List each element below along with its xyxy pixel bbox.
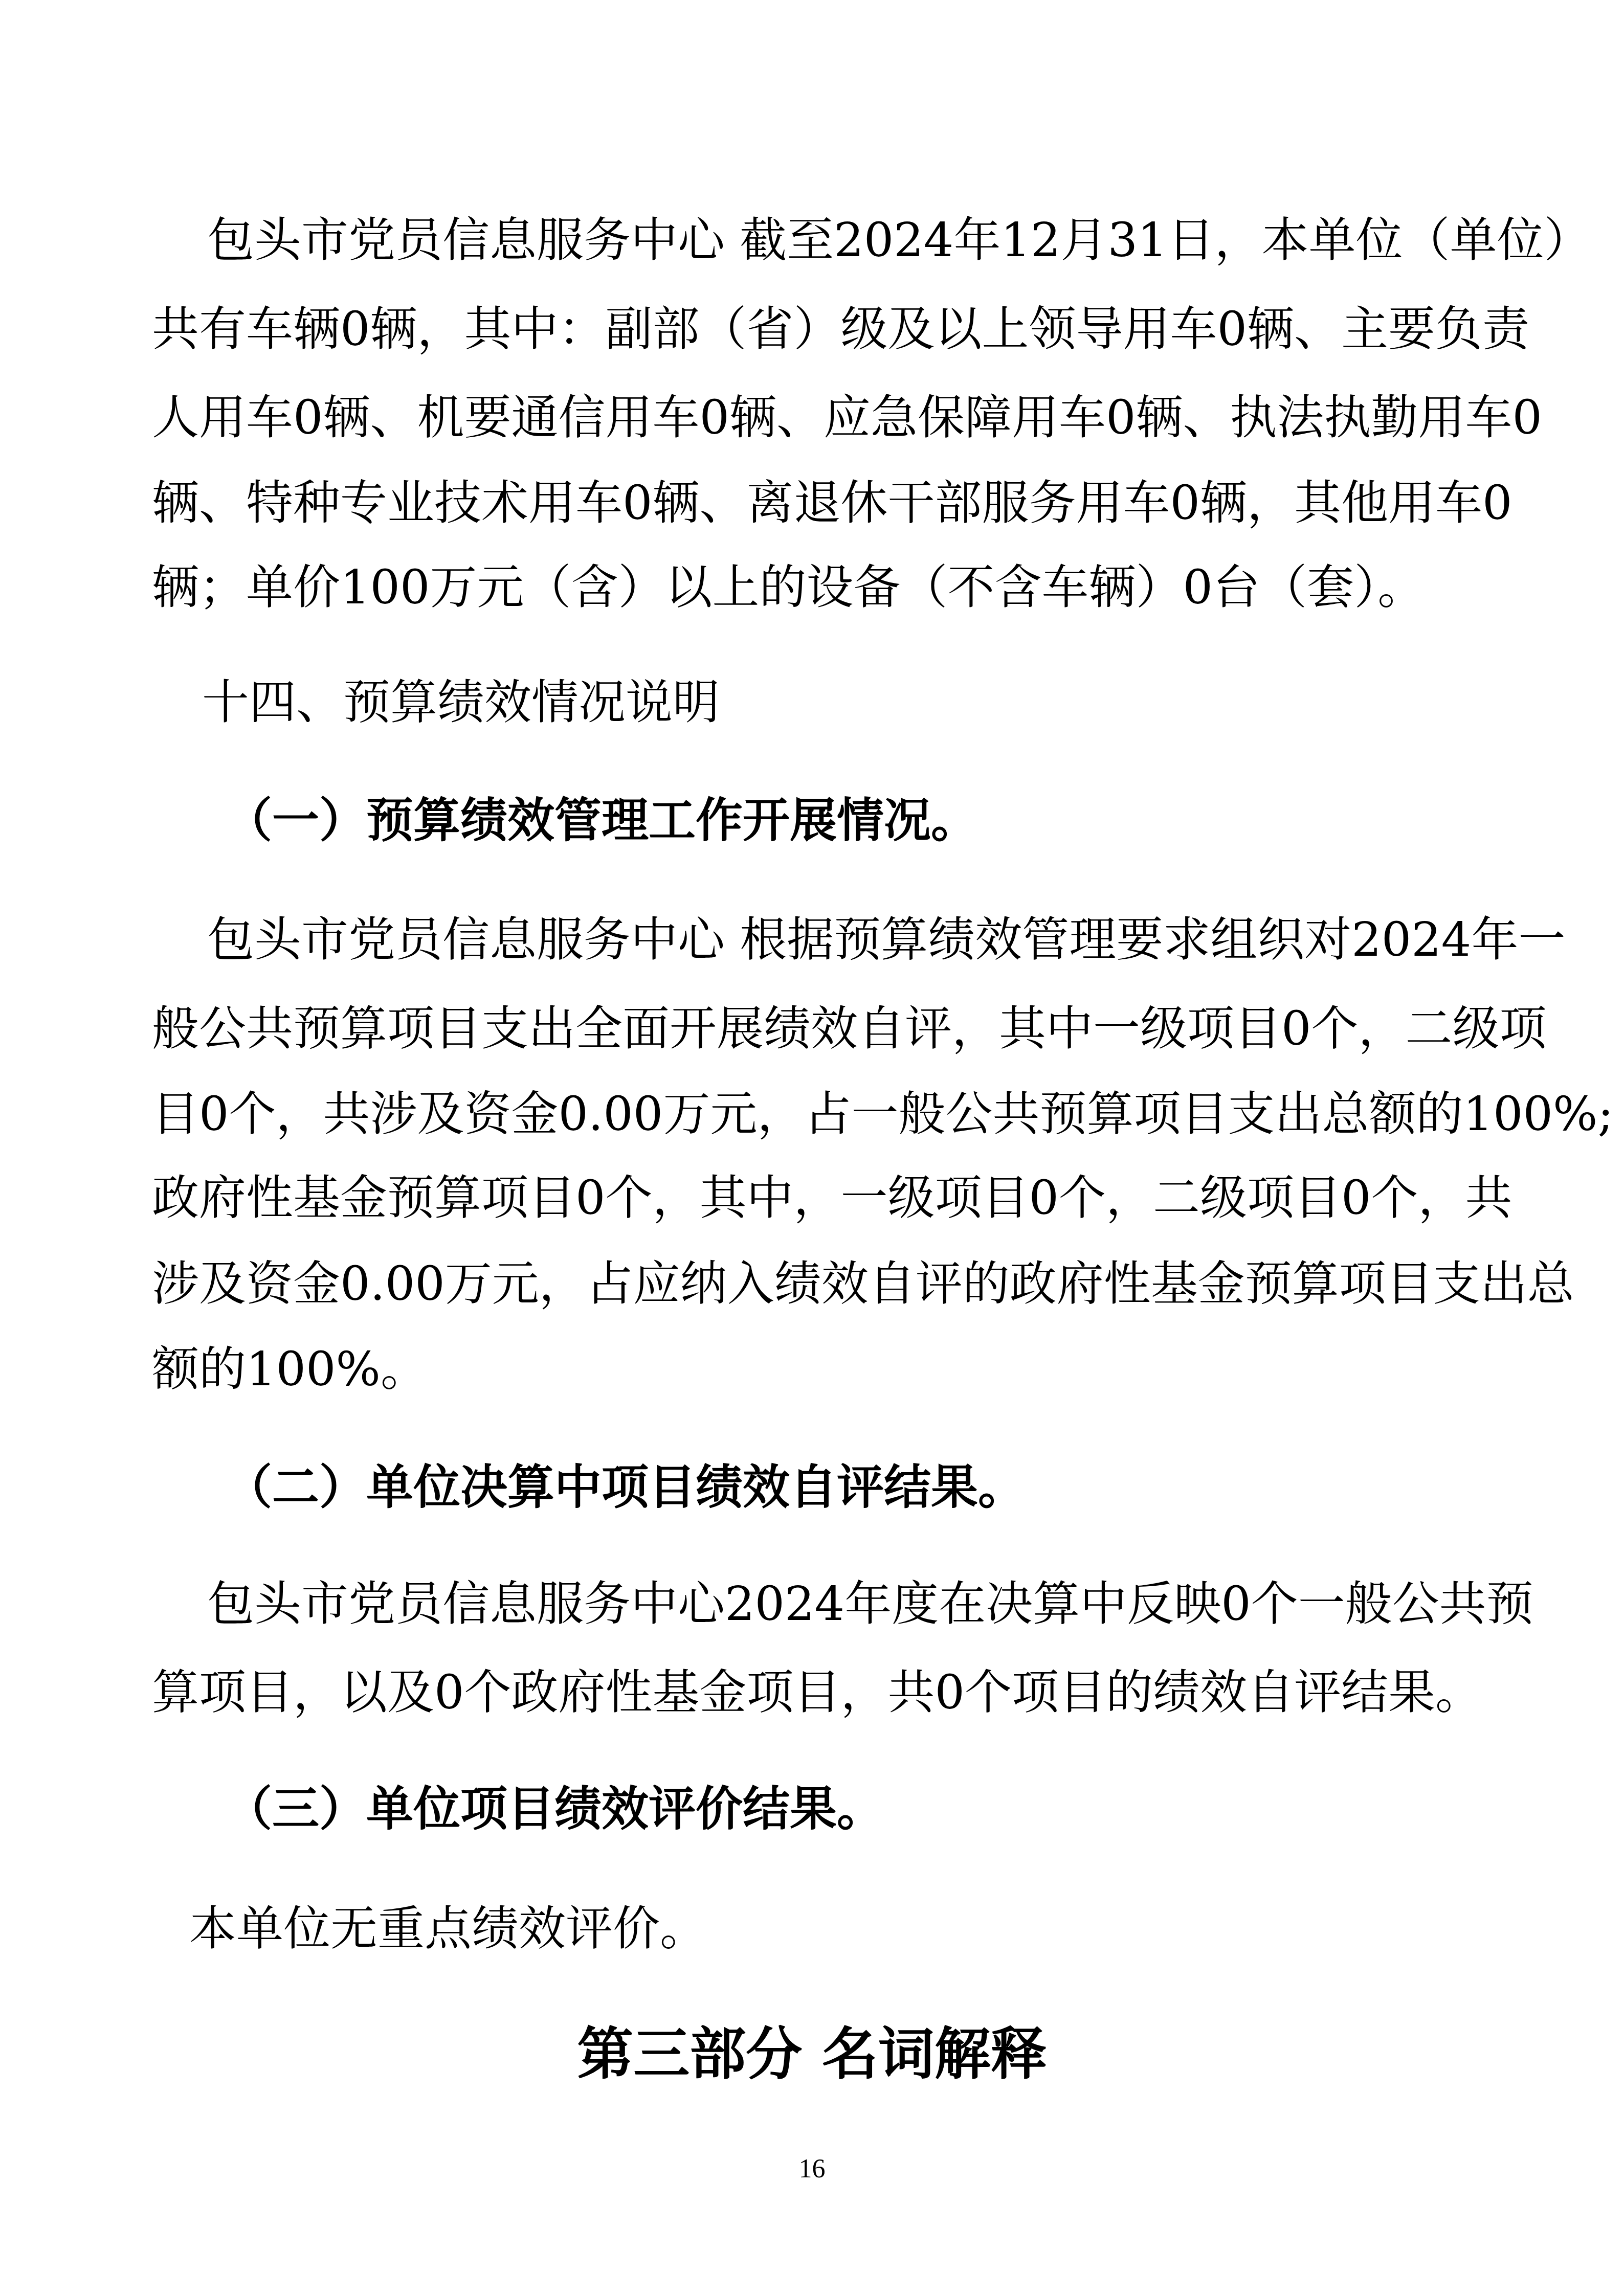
paragraph-line: 目0个，共涉及资金0.00万元，占一般公共预算项目支出总额的100%; xyxy=(152,1086,1489,1142)
page-number: 16 xyxy=(0,2154,1624,2185)
part-title: 第三部分 名词解释 xyxy=(0,2021,1624,2087)
subsection-heading: （一）预算绩效管理工作开展情况。 xyxy=(225,793,978,849)
paragraph-line: 算项目，以及0个政府性基金项目，共0个项目的绩效自评结果。 xyxy=(152,1664,1489,1721)
paragraph-line: 包头市党员信息服务中心 截至2024年12月31日，本单位（单位） xyxy=(207,212,1489,268)
paragraph-line: 包头市党员信息服务中心2024年度在决算中反映0个一般公共预 xyxy=(207,1576,1489,1632)
paragraph-line: 共有车辆0辆，其中：副部（省）级及以上领导用车0辆、主要负责 xyxy=(152,301,1489,357)
paragraph-line: 包头市党员信息服务中心 根据预算绩效管理要求组织对2024年一 xyxy=(207,912,1489,968)
paragraph-line: 政府性基金预算项目0个，其中，一级项目0个，二级项目0个，共 xyxy=(152,1170,1489,1226)
paragraph-line: 人用车0辆、机要通信用车0辆、应急保障用车0辆、执法执勤用车0 xyxy=(152,390,1489,446)
document-page: 包头市党员信息服务中心 截至2024年12月31日，本单位（单位） 共有车辆0辆… xyxy=(0,0,1624,2296)
paragraph-line: 辆；单价100万元（含）以上的设备（不含车辆）0台（套）。 xyxy=(152,559,1489,616)
section-heading: 十四、预算绩效情况说明 xyxy=(202,674,720,731)
subsection-heading: （二）单位决算中项目绩效自评结果。 xyxy=(225,1459,1025,1516)
paragraph-line: 涉及资金0.00万元，占应纳入绩效自评的政府性基金预算项目支出总 xyxy=(152,1256,1489,1312)
paragraph-line: 辆、特种专业技术用车0辆、离退休干部服务用车0辆，其他用车0 xyxy=(152,475,1489,531)
paragraph-line: 般公共预算项目支出全面开展绩效自评，其中一级项目0个，二级项 xyxy=(152,1001,1489,1057)
paragraph-no-evaluation: 本单位无重点绩效评价。 xyxy=(189,1901,1488,1957)
paragraph-line: 额的100%。 xyxy=(152,1341,1489,1398)
subsection-heading: （三）单位项目绩效评价结果。 xyxy=(225,1781,884,1837)
